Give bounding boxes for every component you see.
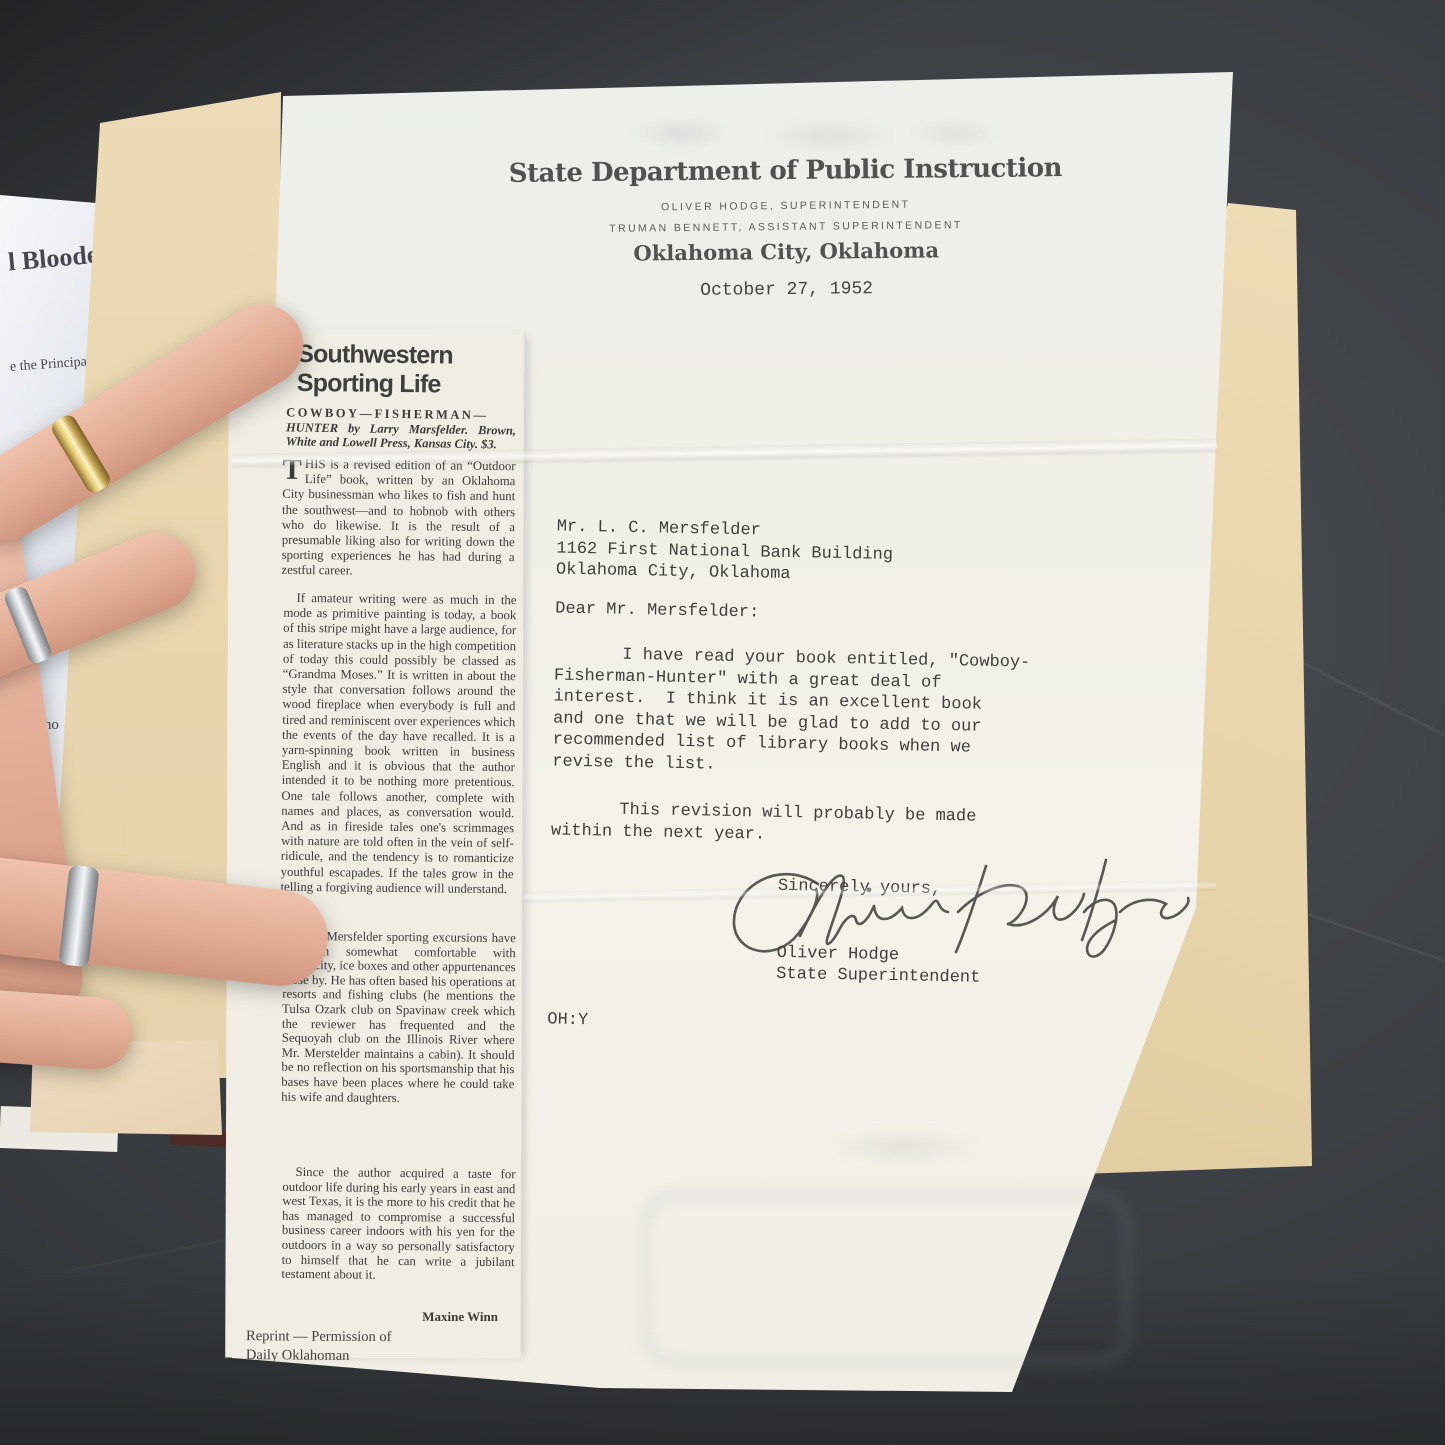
clipping-footer-line1: Reprint — Permission of (246, 1327, 486, 1348)
clipping-byline-rest: HUNTER by Larry Marsfelder. Brown, White… (286, 420, 516, 451)
clipping-author: Maxine Winn (288, 1309, 498, 1325)
page-text-fragment: e the Principal (10, 354, 92, 376)
body-paragraph: This revision will probably be made with… (551, 798, 1127, 852)
letterhead-superintendent: OLIVER HODGE, SUPERINTENDENT (480, 197, 1092, 215)
clipping-paragraph: Since the author acquired a taste for ou… (281, 1165, 515, 1284)
clipping-title-line2: Sporting Life (297, 369, 507, 400)
letterhead-city: Oklahoma City, Oklahoma (480, 236, 1092, 267)
signature-oliver-hodge (718, 850, 1198, 975)
clipping-footer: Reprint — Permission of Daily Oklahoman (246, 1327, 486, 1367)
body-paragraph: I have read your book entitled, "Cowboy-… (552, 644, 1129, 784)
photo-scene: l Blooded e the Principal OY-FISHE ★ ma … (0, 0, 1445, 1445)
clipping-byline: COWBOY—FISHERMAN—HUNTER by Larry Marsfel… (286, 405, 517, 452)
letterhead-assistant: TRUMAN BENNETT, ASSISTANT SUPERINTENDENT (480, 218, 1092, 236)
salutation: Dear Mr. Mersfelder: (555, 598, 1130, 631)
letterhead-title: State Department of Public Instruction (479, 153, 1091, 189)
clipping-title-line1: Southwestern (297, 340, 507, 371)
clipping-paragraph: THIS is a revised edition of an “Outdoor… (281, 457, 515, 581)
clipping-footer-line2: Daily Oklahoman (246, 1346, 486, 1367)
clipping-title: Southwestern Sporting Life (297, 340, 508, 400)
clipping-paragraph: If amateur writing were as much in the m… (280, 591, 516, 897)
letterhead: State Department of Public Instruction O… (479, 153, 1092, 303)
